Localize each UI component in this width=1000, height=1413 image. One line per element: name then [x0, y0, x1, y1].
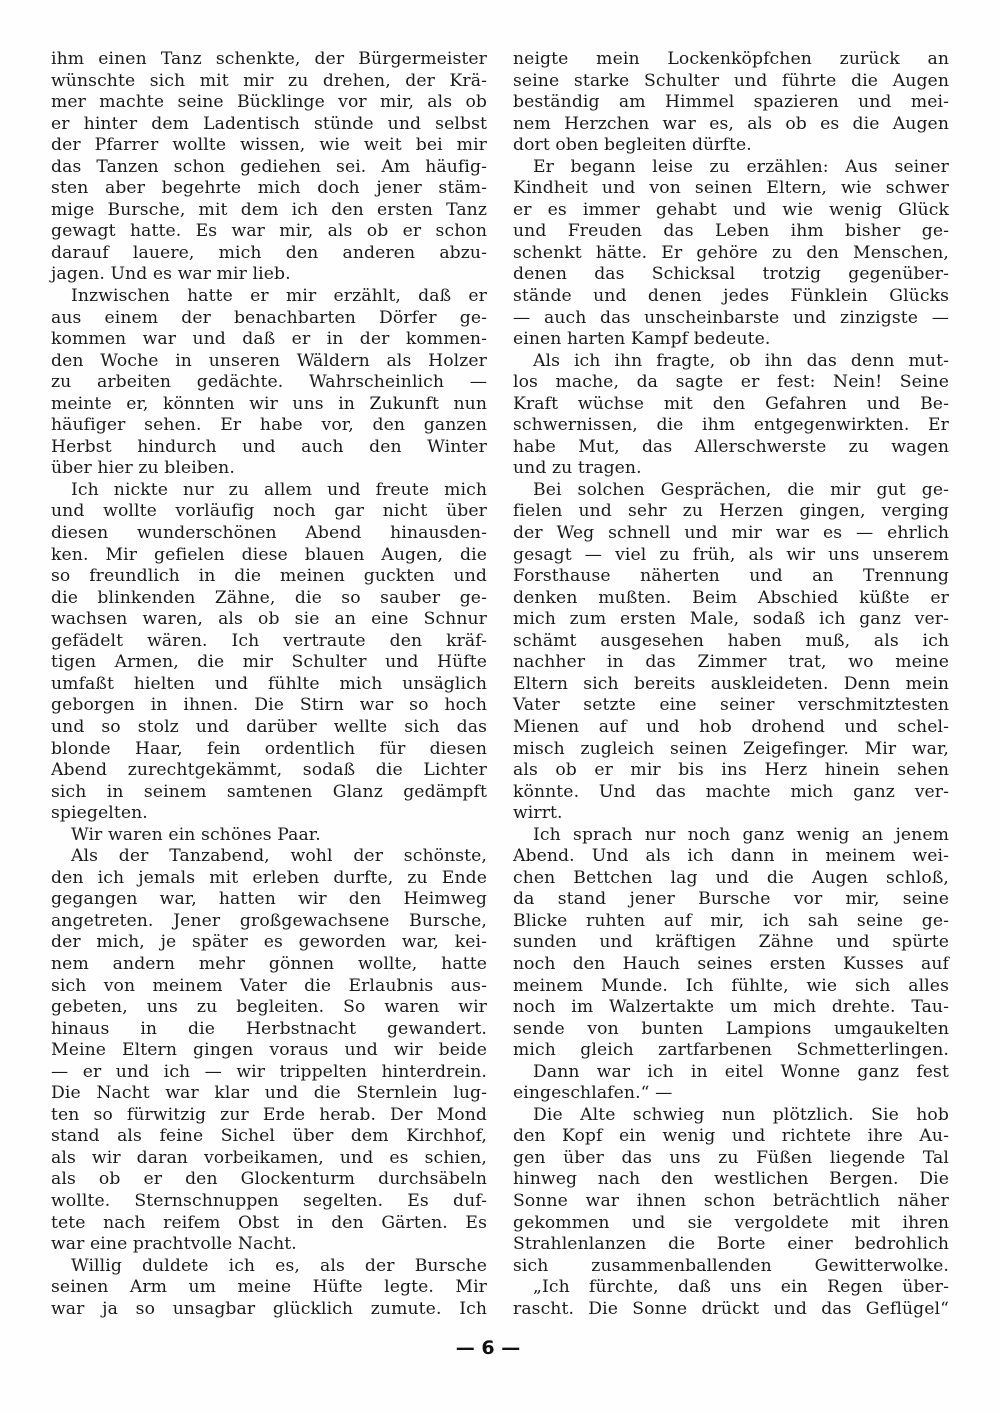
text-line: hinweg nach den westlichen Bergen. Die [513, 1169, 949, 1191]
text-line: einen harten Kampf bedeute. [513, 329, 949, 351]
text-line: über hier zu bleiben. [51, 458, 487, 480]
text-line: den Woche in unseren Wäldern als Holzer [51, 351, 487, 373]
text-line: seine starke Schulter und führte die Aug… [513, 71, 949, 93]
text-line: geborgen in ihnen. Die Stirn war so hoch [51, 695, 487, 717]
text-line: gebeten, uns zu begleiten. So waren wir [51, 997, 487, 1019]
text-line: der mich, je später es geworden war, kei… [51, 932, 487, 954]
text-line: ken. Mir gefielen diese blauen Augen, di… [51, 545, 487, 567]
text-line: Herbst hindurch und auch den Winter [51, 437, 487, 459]
text-line: als wir daran vorbeikamen, und es schien… [51, 1148, 487, 1170]
text-line: diesen wunderschönen Abend hinausden- [51, 523, 487, 545]
text-line: hinaus in die Herbstnacht gewandert. [51, 1019, 487, 1041]
text-line: — auch das unscheinbarste und zinzigste … [513, 308, 949, 330]
text-line: die blinkenden Zähne, die so sauber ge- [51, 588, 487, 610]
text-line: zu arbeiten gedächte. Wahrscheinlich — [51, 372, 487, 394]
text-line: und wollte vorläufig noch gar nicht über [51, 501, 487, 523]
text-line: beständig am Himmel spazieren und mei- [513, 92, 949, 114]
text-line: denen das Schicksal trotzig gegenüber- [513, 264, 949, 286]
text-line: Abend. Und als ich dann in meinem wei- [513, 846, 949, 868]
text-line: mer machte seine Bücklinge vor mir, als … [51, 92, 487, 114]
text-line: wirrt. [513, 803, 949, 825]
text-line: nem Herzchen war es, als ob es die Augen [513, 114, 949, 136]
text-line: angetreten. Jener großgewachsene Bursche… [51, 911, 487, 933]
text-line: jagen. Und es war mir lieb. [51, 264, 487, 286]
text-line: gen über das uns zu Füßen liegende Tal [513, 1148, 949, 1170]
text-line: sunden und kräftigen Zähne und spürte [513, 932, 949, 954]
right-text-column: neigte mein Lockenköpfchen zurück ansein… [513, 49, 949, 1320]
text-line: Eltern sich bereits auskleideten. Denn m… [513, 674, 949, 696]
text-line: und Freuden das Leben ihm bisher ge- [513, 221, 949, 243]
text-line: meinem Munde. Ich fühlte, wie sich alles [513, 976, 949, 998]
text-line: da stand jener Bursche vor mir, seine [513, 889, 949, 911]
scanned-page: ihm einen Tanz schenkte, der Bürgermeist… [0, 0, 1000, 1413]
text-line: Abend zurechtgekämmt, sodaß die Lichter [51, 760, 487, 782]
text-line: fielen und sehr zu Herzen gingen, vergin… [513, 501, 949, 523]
text-line: habe Mut, das Allerschwerste zu wagen [513, 437, 949, 459]
text-line: der Pfarrer wollte wissen, wie weit bei … [51, 135, 487, 157]
text-line: gefädelt wären. Ich vertraute den kräf- [51, 631, 487, 653]
text-line: noch den Hauch seines ersten Kusses auf [513, 954, 949, 976]
text-line: misch zugleich seinen Zeigefinger. Mir w… [513, 739, 949, 761]
text-line: nem andern mehr gönnen wollte, hatte [51, 954, 487, 976]
text-line: darauf lauere, mich den anderen abzu- [51, 243, 487, 265]
text-line: Er begann leise zu erzählen: Aus seiner [513, 157, 949, 179]
text-line: gesagt — viel zu früh, als wir uns unser… [513, 545, 949, 567]
text-line: sich in seinem samtenen Glanz gedämpft [51, 782, 487, 804]
text-line: Ich nickte nur zu allem und freute mich [51, 480, 487, 502]
text-line: war ja so unsagbar glücklich zumute. Ich [51, 1299, 487, 1321]
text-line: der Weg schnell und mir war es — ehrlich [513, 523, 949, 545]
text-line: schämt ausgesehen haben muß, als ich [513, 631, 949, 653]
text-line: meinte er, könnten wir uns in Zukunft nu… [51, 394, 487, 416]
text-line: wollte. Sternschnuppen segelten. Es duf- [51, 1191, 487, 1213]
text-line: Willig duldete ich es, als der Bursche [51, 1256, 487, 1278]
text-line: Dann war ich in eitel Wonne ganz fest [513, 1062, 949, 1084]
page-number-label: — 6 — [456, 1337, 520, 1359]
text-line: er hinter dem Ladentisch stünde und selb… [51, 114, 487, 136]
text-line: Strahlenlanzen die Borte einer bedrohlic… [513, 1234, 949, 1256]
text-line: war eine prachtvolle Nacht. [51, 1234, 487, 1256]
text-line: Kraft wüchse mit den Gefahren und Be- [513, 394, 949, 416]
text-line: schenkt hätte. Er gehöre zu den Menschen… [513, 243, 949, 265]
text-line: Als der Tanzabend, wohl der schönste, [51, 846, 487, 868]
text-line: chen Bettchen lag und die Augen schloß, [513, 868, 949, 890]
text-line: Bei solchen Gesprächen, die mir gut ge- [513, 480, 949, 502]
text-line: denken mußten. Beim Abschied küßte er [513, 588, 949, 610]
text-line: schwernissen, die ihm entgegenwirkten. E… [513, 415, 949, 437]
text-line: blonde Haar, fein ordentlich für diesen [51, 739, 487, 761]
text-line: „Ich fürchte, daß uns ein Regen über- [513, 1277, 949, 1299]
text-line: ihm einen Tanz schenkte, der Bürgermeist… [51, 49, 487, 71]
text-line: Ich sprach nur noch ganz wenig an jenem [513, 825, 949, 847]
text-line: sich von meinem Vater die Erlaubnis aus- [51, 976, 487, 998]
text-line: könnte. Und das machte mich ganz ver- [513, 782, 949, 804]
text-line: seinen Arm um meine Hüfte legte. Mir [51, 1277, 487, 1299]
text-line: — er und ich — wir trippelten hinterdrei… [51, 1062, 487, 1084]
text-line: den Kopf ein wenig und richtete ihre Au- [513, 1126, 949, 1148]
text-line: eingeschlafen.“ — [513, 1083, 949, 1105]
text-line: mich gleich zartfarbenen Schmetterlingen… [513, 1040, 949, 1062]
text-line: los mache, da sagte er fest: Nein! Seine [513, 372, 949, 394]
text-line: häufiger sehen. Er habe vor, den ganzen [51, 415, 487, 437]
text-line: Kindheit und von seinen Eltern, wie schw… [513, 178, 949, 200]
text-line: kommen war und daß er in der kommen- [51, 329, 487, 351]
text-line: Meine Eltern gingen voraus und wir beide [51, 1040, 487, 1062]
text-line: Sonne war ihnen schon beträchtlich näher [513, 1191, 949, 1213]
text-line: Die Alte schwieg nun plötzlich. Sie hob [513, 1105, 949, 1127]
text-line: sende von bunten Lampions umgaukelten [513, 1019, 949, 1041]
text-line: spiegelten. [51, 803, 487, 825]
text-line: als ob er den Glockenturm durchsäbeln [51, 1169, 487, 1191]
text-line: dort oben begleiten dürfte. [513, 135, 949, 157]
text-line: Inzwischen hatte er mir erzählt, daß er [51, 286, 487, 308]
text-line: sich zusammenballenden Gewitterwolke. [513, 1256, 949, 1278]
text-line: so freundlich in die meinen guckten und [51, 566, 487, 588]
text-line: Forsthause näherten und an Trennung [513, 566, 949, 588]
text-line: tigen Armen, die mir Schulter und Hüfte [51, 652, 487, 674]
text-line: Vater setzte eine seiner verschmitzteste… [513, 695, 949, 717]
text-line: stand als feine Sichel über dem Kirchhof… [51, 1126, 487, 1148]
text-line: und so stolz und darüber wellte sich das [51, 717, 487, 739]
text-line: mige Bursche, mit dem ich den ersten Tan… [51, 200, 487, 222]
text-line: gewagt hatte. Es war mir, als ob er scho… [51, 221, 487, 243]
left-text-column: ihm einen Tanz schenkte, der Bürgermeist… [51, 49, 487, 1320]
text-line: Als ich ihn fragte, ob ihn das denn mut- [513, 351, 949, 373]
text-line: als ob er mir bis ins Herz hinein sehen [513, 760, 949, 782]
text-line: gekommen und sie vergoldete mit ihren [513, 1213, 949, 1235]
text-line: gegangen war, hatten wir den Heimweg [51, 889, 487, 911]
text-line: das Tanzen schon gediehen sei. Am häufig… [51, 157, 487, 179]
text-line: aus einem der benachbarten Dörfer ge- [51, 308, 487, 330]
text-line: ten so fürwitzig zur Erde herab. Der Mon… [51, 1105, 487, 1127]
text-line: wünschte sich mit mir zu drehen, der Krä… [51, 71, 487, 93]
text-line: tete nach reifem Obst in den Gärten. Es [51, 1213, 487, 1235]
text-line: umfaßt hielten und fühlte mich unsäglich [51, 674, 487, 696]
text-line: er es immer gehabt und wie wenig Glück [513, 200, 949, 222]
text-line: den ich jemals mit erleben durfte, zu En… [51, 868, 487, 890]
page-number: — 6 — [0, 1337, 1000, 1359]
text-line: Mienen auf und hob drohend und schel- [513, 717, 949, 739]
text-line: Blicke ruhten auf mir, ich sah seine ge- [513, 911, 949, 933]
text-line: noch im Walzertakte um mich drehte. Tau- [513, 997, 949, 1019]
text-line: rascht. Die Sonne drückt und das Geflüge… [513, 1299, 949, 1321]
text-line: stände und denen jedes Fünklein Glücks [513, 286, 949, 308]
text-line: wachsen waren, als ob sie an eine Schnur [51, 609, 487, 631]
text-line: und zu tragen. [513, 458, 949, 480]
text-line: nachher in das Zimmer trat, wo meine [513, 652, 949, 674]
text-line: Die Nacht war klar und die Sternlein lug… [51, 1083, 487, 1105]
text-line: Wir waren ein schönes Paar. [51, 825, 487, 847]
text-line: neigte mein Lockenköpfchen zurück an [513, 49, 949, 71]
text-line: sten aber begehrte mich doch jener stäm- [51, 178, 487, 200]
text-line: mich zum ersten Male, sodaß ich ganz ver… [513, 609, 949, 631]
